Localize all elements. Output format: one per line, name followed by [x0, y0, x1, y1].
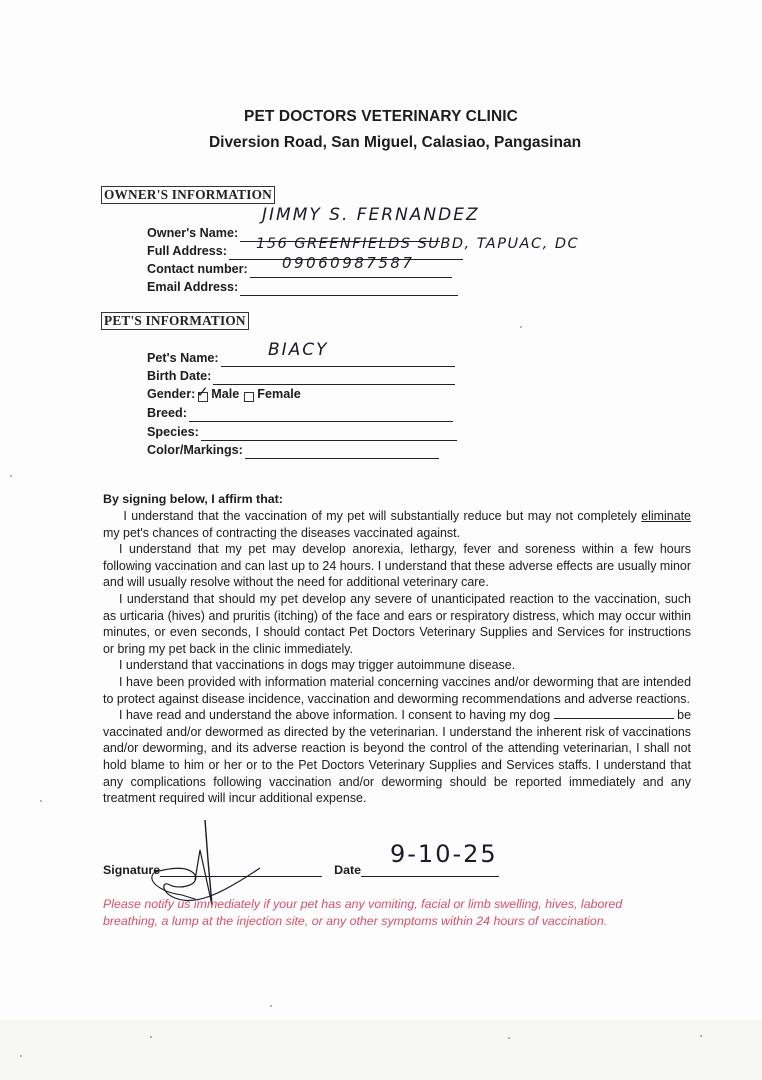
male-option-label: Male	[211, 385, 239, 403]
clinic-address: Diversion Road, San Miguel, Calasiao, Pa…	[0, 134, 762, 152]
scan-speck	[508, 1037, 510, 1039]
pet-name-label: Pet's Name:	[147, 349, 219, 367]
female-checkbox[interactable]	[244, 392, 254, 402]
dog-name-blank[interactable]	[554, 707, 674, 719]
scan-speck	[520, 326, 522, 328]
checkmark-icon: ✓	[196, 385, 209, 400]
affirm-heading: By signing below, I affirm that:	[103, 492, 283, 506]
female-option-label: Female	[257, 385, 300, 403]
consent-p1-text: I understand that the vaccination of my …	[123, 509, 641, 523]
form-page: PET DOCTORS VETERINARY CLINIC Diversion …	[0, 0, 762, 1020]
consent-body: I understand that the vaccination of my …	[103, 508, 691, 807]
breed-line	[189, 408, 453, 422]
consent-paragraph: I understand that should my pet develop …	[103, 591, 691, 657]
species-line	[201, 427, 457, 441]
color-markings-label: Color/Markings:	[147, 441, 243, 459]
consent-paragraph: I understand that vaccinations in dogs m…	[103, 657, 691, 674]
scanner-bed	[0, 1020, 762, 1080]
scan-speck	[10, 475, 12, 477]
consent-paragraph: I have read and understand the above inf…	[103, 707, 691, 807]
email-address-label: Email Address:	[147, 278, 238, 296]
email-address-line	[240, 282, 458, 296]
breed-field[interactable]: Breed:	[147, 404, 453, 422]
post-vaccination-notice: Please notify us immediately if your pet…	[103, 896, 663, 930]
contact-number-value: 09060987587	[282, 254, 414, 272]
consent-p1-text-end: my pet's chances of contracting the dise…	[103, 526, 460, 540]
birth-date-label: Birth Date:	[147, 367, 211, 385]
full-address-label: Full Address:	[147, 242, 227, 260]
species-field[interactable]: Species:	[147, 423, 457, 441]
consent-paragraph: I understand that my pet may develop ano…	[103, 541, 691, 591]
color-markings-line	[245, 445, 439, 459]
gender-label: Gender:	[147, 385, 195, 403]
scan-speck	[150, 1036, 152, 1038]
breed-label: Breed:	[147, 404, 187, 422]
color-markings-field[interactable]: Color/Markings:	[147, 441, 439, 459]
birth-date-line	[213, 371, 455, 385]
scan-speck	[20, 1055, 22, 1057]
scan-speck	[270, 1005, 272, 1007]
email-address-field[interactable]: Email Address:	[147, 278, 458, 296]
gender-field: Gender: ✓ Male Female	[147, 385, 301, 403]
owner-section-title: OWNER'S INFORMATION	[101, 186, 275, 204]
contact-number-label: Contact number:	[147, 260, 248, 278]
owner-name-label: Owner's Name:	[147, 224, 238, 242]
scan-speck	[40, 800, 42, 802]
species-label: Species:	[147, 423, 199, 441]
consent-paragraph: I have been provided with information ma…	[103, 674, 691, 707]
scan-speck	[700, 1035, 702, 1037]
owner-name-value: JIMMY S. FERNANDEZ	[262, 205, 480, 225]
consent-p6-text: I have read and understand the above inf…	[119, 708, 554, 722]
pet-name-value: BIACY	[268, 340, 329, 360]
date-value: 9-10-25	[390, 840, 498, 868]
date-label: Date	[334, 863, 361, 877]
consent-p6-text-end: be vaccinated and/or dewormed as directe…	[103, 708, 691, 805]
consent-p1-emphasis: eliminate	[641, 509, 691, 523]
consent-paragraph: I understand that the vaccination of my …	[103, 508, 691, 541]
full-address-value: 156 GREENFIELDS SUBD, TAPUAC, DC	[256, 236, 579, 252]
birth-date-field[interactable]: Birth Date:	[147, 367, 455, 385]
pet-section-title: PET'S INFORMATION	[101, 312, 249, 330]
clinic-name: PET DOCTORS VETERINARY CLINIC	[0, 108, 762, 126]
pet-name-line	[221, 353, 455, 367]
male-checkbox[interactable]: ✓	[198, 392, 208, 402]
